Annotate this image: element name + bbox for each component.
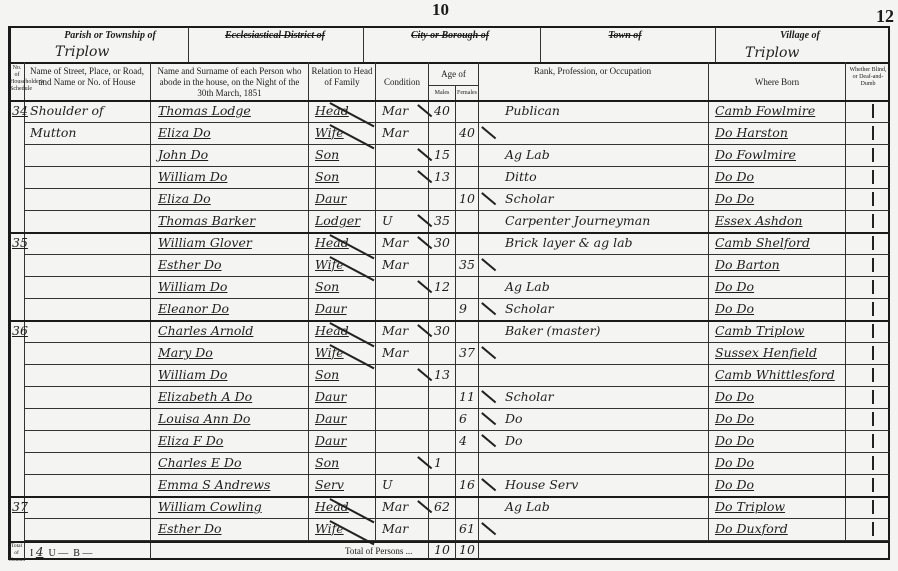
male-age: 62 xyxy=(434,499,450,514)
person-name: Eliza Do xyxy=(158,125,211,140)
tally-mark xyxy=(872,324,874,338)
divider xyxy=(540,27,541,62)
relation: Serv xyxy=(315,477,344,492)
occupation: Scholar xyxy=(505,191,554,206)
row-divider xyxy=(24,276,889,277)
street-name: Mutton xyxy=(30,125,76,140)
row-divider xyxy=(24,364,889,365)
person-name: Thomas Lodge xyxy=(158,103,251,118)
where-born: Do Barton xyxy=(715,257,780,272)
parish-value: Triplow xyxy=(55,44,109,60)
row-divider xyxy=(9,232,889,234)
where-born: Do Do xyxy=(715,455,754,470)
row-divider xyxy=(9,496,889,498)
inhabited-value: 4 xyxy=(36,545,44,559)
female-age: 10 xyxy=(459,191,475,206)
male-age: 1 xyxy=(434,455,442,470)
where-born: Do Do xyxy=(715,389,754,404)
col-header-blind: Whether Blind, or Deaf-and-Dumb xyxy=(847,67,889,88)
where-born: Do Do xyxy=(715,301,754,316)
divider xyxy=(150,62,151,559)
tally-mark xyxy=(872,456,874,470)
female-age: 37 xyxy=(459,345,475,360)
row-divider xyxy=(24,298,889,299)
col-header-occupation: Rank, Profession, or Occupation xyxy=(530,66,655,77)
ecclesiastical-label: Ecclesiastical District of xyxy=(200,30,350,41)
occupation: Scholar xyxy=(505,389,554,404)
town-label: Town of xyxy=(555,30,695,41)
relation: Son xyxy=(315,169,339,184)
person-name: John Do xyxy=(158,147,208,162)
female-age: 9 xyxy=(459,301,467,316)
person-name: Eleanor Do xyxy=(158,301,229,316)
male-age: 12 xyxy=(434,279,450,294)
divider xyxy=(455,85,456,559)
where-born: Do Do xyxy=(715,477,754,492)
divider xyxy=(375,62,376,541)
male-age: 40 xyxy=(434,103,450,118)
male-age: 13 xyxy=(434,367,450,382)
condition: Mar xyxy=(382,103,408,118)
female-age: 6 xyxy=(459,411,467,426)
condition: Mar xyxy=(382,499,408,514)
relation: Wife xyxy=(315,521,344,536)
relation: Wife xyxy=(315,345,344,360)
col-header-schedule: No. of Householder's Schedule xyxy=(10,65,24,93)
tally-mark xyxy=(872,302,874,316)
col-header-where-born: Where Born xyxy=(710,77,844,88)
tally-mark xyxy=(872,148,874,162)
occupation: Scholar xyxy=(505,301,554,316)
total-persons-label: Total of Persons ... xyxy=(345,546,412,556)
schedule-number: 35 xyxy=(12,235,28,250)
divider xyxy=(708,62,709,541)
where-born: Do Do xyxy=(715,169,754,184)
relation: Daur xyxy=(315,389,347,404)
tally-mark xyxy=(872,522,874,536)
person-name: William Do xyxy=(158,169,227,184)
occupation: Ditto xyxy=(505,169,537,184)
divider xyxy=(188,27,189,62)
divider xyxy=(845,62,846,541)
where-born: Essex Ashdon xyxy=(715,213,802,228)
female-age: 40 xyxy=(459,125,475,140)
divider xyxy=(9,100,889,102)
row-divider xyxy=(24,188,889,189)
total-males: 10 xyxy=(434,542,450,557)
person-name: Esther Do xyxy=(158,257,222,272)
tally-mark xyxy=(872,368,874,382)
tally-mark xyxy=(872,104,874,118)
relation: Son xyxy=(315,367,339,382)
occupation: Publican xyxy=(505,103,560,118)
condition: Mar xyxy=(382,323,408,338)
street-name: Shoulder of xyxy=(30,103,104,118)
village-label: Village of xyxy=(730,30,870,41)
divider xyxy=(478,62,479,559)
row-divider xyxy=(9,320,889,322)
schedule-number: 36 xyxy=(12,323,28,338)
person-name: William Glover xyxy=(158,235,252,250)
tally-mark xyxy=(872,478,874,492)
condition: Mar xyxy=(382,235,408,250)
divider xyxy=(24,62,25,559)
col-header-street: Name of Street, Place, or Road, and Name… xyxy=(26,66,148,88)
male-age: 35 xyxy=(434,213,450,228)
divider xyxy=(428,62,429,559)
relation: Wife xyxy=(315,257,344,272)
tally-mark xyxy=(872,214,874,228)
uninhabited-label: U xyxy=(48,548,55,559)
col-header-relation: Relation to Head of Family xyxy=(310,66,374,88)
row-divider xyxy=(24,144,889,145)
condition: Mar xyxy=(382,345,408,360)
female-age: 61 xyxy=(459,521,475,536)
tally-mark xyxy=(872,258,874,272)
tally-mark xyxy=(872,412,874,426)
row-divider xyxy=(24,408,889,409)
relation: Daur xyxy=(315,301,347,316)
condition: Mar xyxy=(382,521,408,536)
male-age: 30 xyxy=(434,235,450,250)
person-name: Eliza F Do xyxy=(158,433,223,448)
person-name: Eliza Do xyxy=(158,191,211,206)
row-divider xyxy=(24,210,889,211)
tally-mark xyxy=(872,236,874,250)
where-born: Do Duxford xyxy=(715,521,788,536)
page-number: 10 xyxy=(432,0,449,20)
person-name: Mary Do xyxy=(158,345,213,360)
divider xyxy=(308,62,309,541)
divider xyxy=(715,27,716,62)
where-born: Do Fowlmire xyxy=(715,147,796,162)
row-divider xyxy=(24,386,889,387)
col-header-males: Males xyxy=(429,90,455,97)
condition: U xyxy=(382,213,393,228)
occupation: Ag Lab xyxy=(505,499,550,514)
male-age: 30 xyxy=(434,323,450,338)
female-age: 4 xyxy=(459,433,467,448)
tally-mark xyxy=(872,192,874,206)
col-header-females: Females xyxy=(456,90,478,97)
relation: Son xyxy=(315,279,339,294)
divider xyxy=(428,85,478,86)
person-name: Emma S Andrews xyxy=(158,477,270,492)
col-header-condition: Condition xyxy=(376,77,428,88)
divider xyxy=(9,62,889,64)
where-born: Do Do xyxy=(715,433,754,448)
tally-mark xyxy=(872,170,874,184)
where-born: Camb Whittlesford xyxy=(715,367,835,382)
where-born: Camb Shelford xyxy=(715,235,810,250)
person-name: Thomas Barker xyxy=(158,213,255,228)
row-divider xyxy=(24,474,889,475)
condition: U xyxy=(382,477,393,492)
row-divider xyxy=(24,430,889,431)
occupation: Ag Lab xyxy=(505,279,550,294)
village-value: Triplow xyxy=(745,45,799,61)
where-born: Camb Fowlmire xyxy=(715,103,815,118)
where-born: Camb Triplow xyxy=(715,323,804,338)
condition: Mar xyxy=(382,125,408,140)
row-divider xyxy=(24,342,889,343)
relation: Son xyxy=(315,455,339,470)
relation: Daur xyxy=(315,411,347,426)
relation: Wife xyxy=(315,125,344,140)
person-name: William Do xyxy=(158,367,227,382)
tally-mark xyxy=(872,280,874,294)
relation: Son xyxy=(315,147,339,162)
total-houses-label: Total of Houses xyxy=(9,543,24,564)
tally-mark xyxy=(872,346,874,360)
occupation: Ag Lab xyxy=(505,147,550,162)
person-name: Elizabeth A Do xyxy=(158,389,252,404)
houses-totals: I 4 U — B — xyxy=(30,545,92,559)
inhabited-label: I xyxy=(30,548,33,559)
person-name: Charles E Do xyxy=(158,455,241,470)
where-born: Sussex Henfield xyxy=(715,345,817,360)
row-divider xyxy=(24,452,889,453)
person-name: Charles Arnold xyxy=(158,323,253,338)
occupation: Baker (master) xyxy=(505,323,600,338)
col-header-name: Name and Surname of each Person who abod… xyxy=(152,66,307,99)
person-name: William Cowling xyxy=(158,499,262,514)
row-divider xyxy=(24,122,889,123)
city-borough-label: City or Borough of xyxy=(375,30,525,41)
male-age: 15 xyxy=(434,147,450,162)
tally-mark xyxy=(872,390,874,404)
tally-mark xyxy=(872,434,874,448)
where-born: Do Do xyxy=(715,191,754,206)
relation: Lodger xyxy=(315,213,360,228)
divider xyxy=(363,27,364,62)
col-header-age: Age of xyxy=(429,69,478,80)
occupation: Do xyxy=(505,411,523,426)
row-divider xyxy=(24,166,889,167)
male-age: 13 xyxy=(434,169,450,184)
building-label: B xyxy=(73,548,80,559)
where-born: Do Do xyxy=(715,411,754,426)
row-divider xyxy=(24,518,889,519)
relation: Daur xyxy=(315,433,347,448)
schedule-number: 37 xyxy=(12,499,28,514)
occupation: Carpenter Journeyman xyxy=(505,213,650,228)
person-name: Louisa Ann Do xyxy=(158,411,250,426)
tally-mark xyxy=(872,500,874,514)
occupation: House Serv xyxy=(505,477,578,492)
person-name: William Do xyxy=(158,279,227,294)
where-born: Do Harston xyxy=(715,125,788,140)
parish-label: Parish or Township of xyxy=(40,30,180,41)
building-value: — xyxy=(82,548,92,559)
female-age: 35 xyxy=(459,257,475,272)
person-name: Esther Do xyxy=(158,521,222,536)
tally-mark xyxy=(872,126,874,140)
relation: Daur xyxy=(315,191,347,206)
where-born: Do Do xyxy=(715,279,754,294)
total-females: 10 xyxy=(459,542,475,557)
occupation: Brick layer & ag lab xyxy=(505,235,633,250)
where-born: Do Triplow xyxy=(715,499,785,514)
female-age: 11 xyxy=(459,389,475,404)
uninhabited-value: — xyxy=(58,548,68,559)
condition: Mar xyxy=(382,257,408,272)
female-age: 16 xyxy=(459,477,475,492)
schedule-number: 34 xyxy=(12,103,28,118)
row-divider xyxy=(24,254,889,255)
folio-number: 12 xyxy=(876,6,894,27)
occupation: Do xyxy=(505,433,523,448)
